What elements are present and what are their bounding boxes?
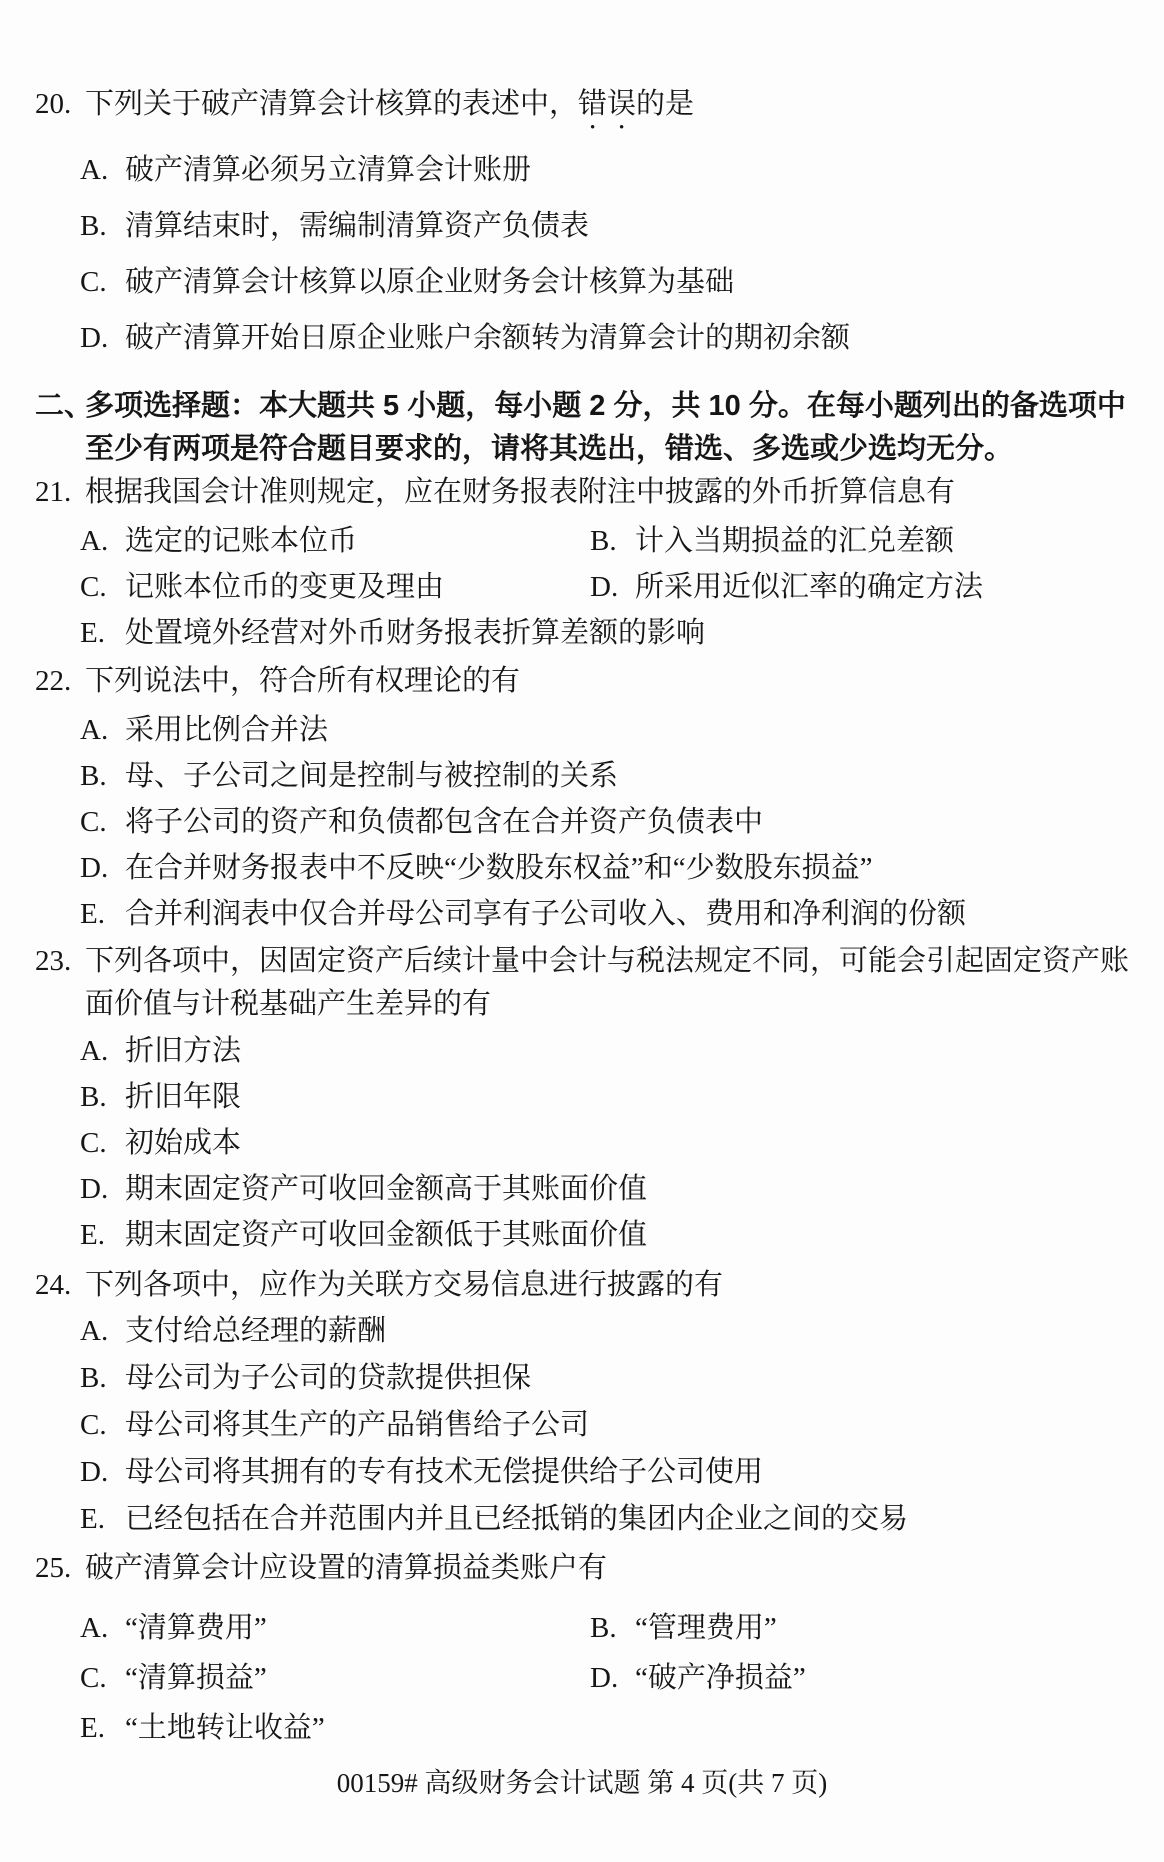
option-text: 已经包括在合并范围内并且已经抵销的集团内企业之间的交易 <box>125 1498 908 1541</box>
option-letter: B. <box>590 1607 635 1650</box>
q20-stem-suffix: 的是 <box>636 88 694 120</box>
option-letter: D. <box>80 1451 125 1494</box>
question-22-number: 22. <box>35 660 85 703</box>
question-21-number: 21. <box>35 471 85 514</box>
option-text: “土地转让收益” <box>125 1707 325 1750</box>
question-21-stem: 根据我国会计准则规定，应在财务报表附注中披露的外币折算信息有 <box>85 471 1129 514</box>
option-letter: B. <box>80 755 125 798</box>
option-letter: C. <box>80 1404 125 1447</box>
q21-option-d: D.所采用近似汇率的确定方法 <box>590 566 983 609</box>
question-25: 25. 破产清算会计应设置的清算损益类账户有 <box>35 1547 1129 1590</box>
section-2-instructions-line2: 至少有两项是符合题目要求的，请将其选出，错选、多选或少选均无分。 <box>85 428 1129 471</box>
option-text: “清算损益” <box>125 1657 267 1700</box>
option-letter: B. <box>80 205 125 248</box>
q24-option-a: A.支付给总经理的薪酬 <box>80 1310 1129 1353</box>
option-letter: A. <box>80 520 125 563</box>
option-text: 折旧方法 <box>125 1030 241 1073</box>
question-24: 24. 下列各项中，应作为关联方交易信息进行披露的有 <box>35 1264 1129 1307</box>
option-text: “破产净损益” <box>635 1657 806 1700</box>
option-letter: C. <box>80 566 125 609</box>
q24-option-b: B.母公司为子公司的贷款提供担保 <box>80 1357 1129 1400</box>
q20-stem-emphasized: 错误 <box>578 88 636 120</box>
q22-option-b: B.母、子公司之间是控制与被控制的关系 <box>80 755 1129 798</box>
option-letter: B. <box>80 1076 125 1119</box>
option-letter: A. <box>80 1030 125 1073</box>
option-letter: B. <box>80 1357 125 1400</box>
question-25-number: 25. <box>35 1547 85 1590</box>
option-letter: E. <box>80 1214 125 1257</box>
q22-option-d: D.在合并财务报表中不反映“少数股东权益”和“少数股东损益” <box>80 847 1129 890</box>
option-letter: A. <box>80 1310 125 1353</box>
section-2-heading: 二、 多项选择题：本大题共 5 小题，每小题 2 分，共 10 分。在每小题列出… <box>35 385 1129 471</box>
option-letter: D. <box>80 317 125 360</box>
q25-option-b: B.“管理费用” <box>590 1607 777 1650</box>
q20-option-b: B.清算结束时，需编制清算资产负债表 <box>80 205 1129 248</box>
question-20-number: 20. <box>35 83 85 136</box>
q22-option-a: A.采用比例合并法 <box>80 709 1129 752</box>
q23-option-b: B.折旧年限 <box>80 1076 1129 1119</box>
option-letter: E. <box>80 612 125 655</box>
q21-option-b: B.计入当期损益的汇兑差额 <box>590 520 954 563</box>
q25-option-e: E.“土地转让收益” <box>80 1707 1129 1750</box>
exam-page: 20. 下列关于破产清算会计核算的表述中，错误的是 A.破产清算必须另立清算会计… <box>0 0 1164 1805</box>
q22-option-c: C.将子公司的资产和负债都包含在合并资产负债表中 <box>80 801 1129 844</box>
option-text: 记账本位币的变更及理由 <box>125 566 444 609</box>
q21-option-c: C.记账本位币的变更及理由 <box>80 566 590 609</box>
option-text: 清算结束时，需编制清算资产负债表 <box>125 205 589 248</box>
option-text: “管理费用” <box>635 1607 777 1650</box>
option-text: 破产清算会计核算以原企业财务会计核算为基础 <box>125 261 734 304</box>
option-text: 破产清算必须另立清算会计账册 <box>125 149 531 192</box>
option-letter: E. <box>80 1498 125 1541</box>
option-text: 母公司将其拥有的专有技术无偿提供给子公司使用 <box>125 1451 763 1494</box>
option-letter: C. <box>80 261 125 304</box>
q25-option-row-2: C.“清算损益” D.“破产净损益” <box>80 1657 1129 1700</box>
option-text: 计入当期损益的汇兑差额 <box>635 520 954 563</box>
option-text: 期末固定资产可收回金额低于其账面价值 <box>125 1214 647 1257</box>
option-text: 处置境外经营对外币财务报表折算差额的影响 <box>125 612 705 655</box>
option-letter: E. <box>80 1707 125 1750</box>
option-letter: D. <box>80 847 125 890</box>
option-letter: E. <box>80 893 125 936</box>
option-letter: A. <box>80 1607 125 1650</box>
option-text: 母、子公司之间是控制与被控制的关系 <box>125 755 618 798</box>
q20-option-d: D.破产清算开始日原企业账户余额转为清算会计的期初余额 <box>80 317 1129 360</box>
option-text: 在合并财务报表中不反映“少数股东权益”和“少数股东损益” <box>125 847 873 890</box>
option-letter: C. <box>80 801 125 844</box>
option-text: 母公司将其生产的产品销售给子公司 <box>125 1404 589 1447</box>
option-letter: B. <box>590 520 635 563</box>
question-20-stem: 下列关于破产清算会计核算的表述中，错误的是 <box>85 83 1129 136</box>
q24-option-c: C.母公司将其生产的产品销售给子公司 <box>80 1404 1129 1447</box>
option-letter: D. <box>590 1657 635 1700</box>
q23-option-e: E.期末固定资产可收回金额低于其账面价值 <box>80 1214 1129 1257</box>
option-text: 合并利润表中仅合并母公司享有子公司收入、费用和净利润的份额 <box>125 893 966 936</box>
q22-option-e: E.合并利润表中仅合并母公司享有子公司收入、费用和净利润的份额 <box>80 893 1129 936</box>
section-2-instructions: 多项选择题：本大题共 5 小题，每小题 2 分，共 10 分。在每小题列出的备选… <box>85 385 1129 471</box>
question-24-number: 24. <box>35 1264 85 1307</box>
question-23-stem: 下列各项中，因固定资产后续计量中会计与税法规定不同，可能会引起固定资产账面价值与… <box>85 940 1129 1026</box>
option-text: 初始成本 <box>125 1122 241 1165</box>
option-text: 母公司为子公司的贷款提供担保 <box>125 1357 531 1400</box>
question-23: 23. 下列各项中，因固定资产后续计量中会计与税法规定不同，可能会引起固定资产账… <box>35 940 1129 1026</box>
option-text: 支付给总经理的薪酬 <box>125 1310 386 1353</box>
section-2-instructions-line1: 多项选择题：本大题共 5 小题，每小题 2 分，共 10 分。在每小题列出的备选… <box>85 385 1129 428</box>
question-20: 20. 下列关于破产清算会计核算的表述中，错误的是 <box>35 83 1129 136</box>
option-letter: C. <box>80 1122 125 1165</box>
q21-option-e: E.处置境外经营对外币财务报表折算差额的影响 <box>80 612 1129 655</box>
question-21: 21. 根据我国会计准则规定，应在财务报表附注中披露的外币折算信息有 <box>35 471 1129 514</box>
question-22: 22. 下列说法中，符合所有权理论的有 <box>35 660 1129 703</box>
option-text: 采用比例合并法 <box>125 709 328 752</box>
option-letter: C. <box>80 1657 125 1700</box>
q24-option-d: D.母公司将其拥有的专有技术无偿提供给子公司使用 <box>80 1451 1129 1494</box>
option-text: 选定的记账本位币 <box>125 520 357 563</box>
question-25-stem: 破产清算会计应设置的清算损益类账户有 <box>85 1547 1129 1590</box>
option-letter: A. <box>80 149 125 192</box>
q20-option-c: C.破产清算会计核算以原企业财务会计核算为基础 <box>80 261 1129 304</box>
q25-option-row-1: A.“清算费用” B.“管理费用” <box>80 1607 1129 1650</box>
q21-option-row-2: C.记账本位币的变更及理由 D.所采用近似汇率的确定方法 <box>80 566 1129 609</box>
q25-option-d: D.“破产净损益” <box>590 1657 806 1700</box>
option-letter: D. <box>590 566 635 609</box>
q23-option-d: D.期末固定资产可收回金额高于其账面价值 <box>80 1168 1129 1211</box>
question-24-stem: 下列各项中，应作为关联方交易信息进行披露的有 <box>85 1264 1129 1307</box>
question-23-number: 23. <box>35 940 85 1026</box>
q25-option-a: A.“清算费用” <box>80 1607 590 1650</box>
option-text: 将子公司的资产和负债都包含在合并资产负债表中 <box>125 801 763 844</box>
page-footer: 00159# 高级财务会计试题 第 4 页(共 7 页) <box>35 1762 1129 1805</box>
q23-option-c: C.初始成本 <box>80 1122 1129 1165</box>
q25-option-c: C.“清算损益” <box>80 1657 590 1700</box>
option-text: 期末固定资产可收回金额高于其账面价值 <box>125 1168 647 1211</box>
option-letter: A. <box>80 709 125 752</box>
q21-option-a: A.选定的记账本位币 <box>80 520 590 563</box>
q20-stem-prefix: 下列关于破产清算会计核算的表述中， <box>85 88 578 120</box>
q21-option-row-1: A.选定的记账本位币 B.计入当期损益的汇兑差额 <box>80 520 1129 563</box>
option-letter: D. <box>80 1168 125 1211</box>
question-22-stem: 下列说法中，符合所有权理论的有 <box>85 660 1129 703</box>
q20-option-a: A.破产清算必须另立清算会计账册 <box>80 149 1129 192</box>
q24-option-e: E.已经包括在合并范围内并且已经抵销的集团内企业之间的交易 <box>80 1498 1129 1541</box>
section-2-label: 二、 <box>35 385 85 471</box>
option-text: 所采用近似汇率的确定方法 <box>635 566 983 609</box>
option-text: 破产清算开始日原企业账户余额转为清算会计的期初余额 <box>125 317 850 360</box>
q23-option-a: A.折旧方法 <box>80 1030 1129 1073</box>
option-text: 折旧年限 <box>125 1076 241 1119</box>
option-text: “清算费用” <box>125 1607 267 1650</box>
